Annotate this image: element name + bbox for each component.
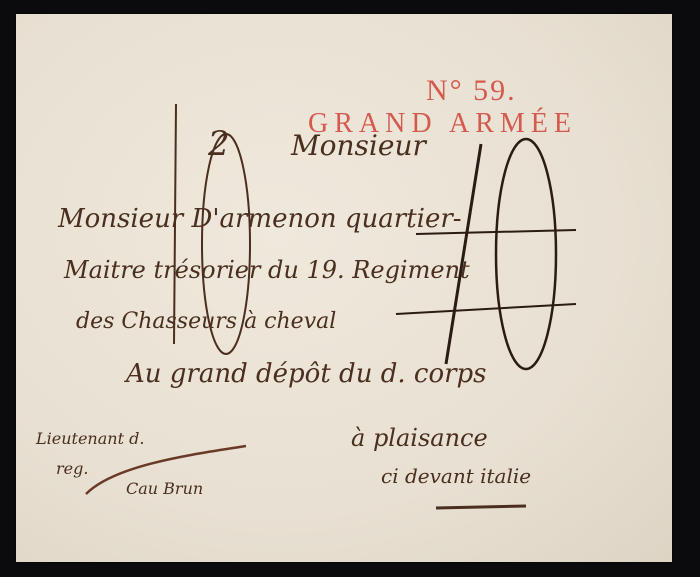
ink-strokes: [16, 14, 672, 562]
address-line-6: ci devant italie: [381, 464, 531, 488]
stamp-number: N° 59.: [426, 74, 517, 108]
address-line-5: à plaisance: [351, 424, 488, 452]
rate-left: 2: [208, 124, 230, 164]
signature-reg: reg.: [56, 459, 88, 478]
address-line-4: Au grand dépôt du d. corps: [126, 359, 487, 389]
address-line-1: Monsieur D'armenon quartier-: [58, 204, 462, 234]
salutation: Monsieur: [291, 129, 426, 162]
signature-name: Cau Brun: [126, 479, 203, 498]
letter-cover: N° 59. GRAND ARMÉE 2 Monsieur Monsieur D…: [16, 14, 672, 562]
address-line-2: Maitre trésorier du 19. Regiment: [64, 256, 470, 284]
signature-title: Lieutenant d.: [36, 429, 144, 448]
address-line-3: des Chasseurs à cheval: [76, 309, 336, 334]
